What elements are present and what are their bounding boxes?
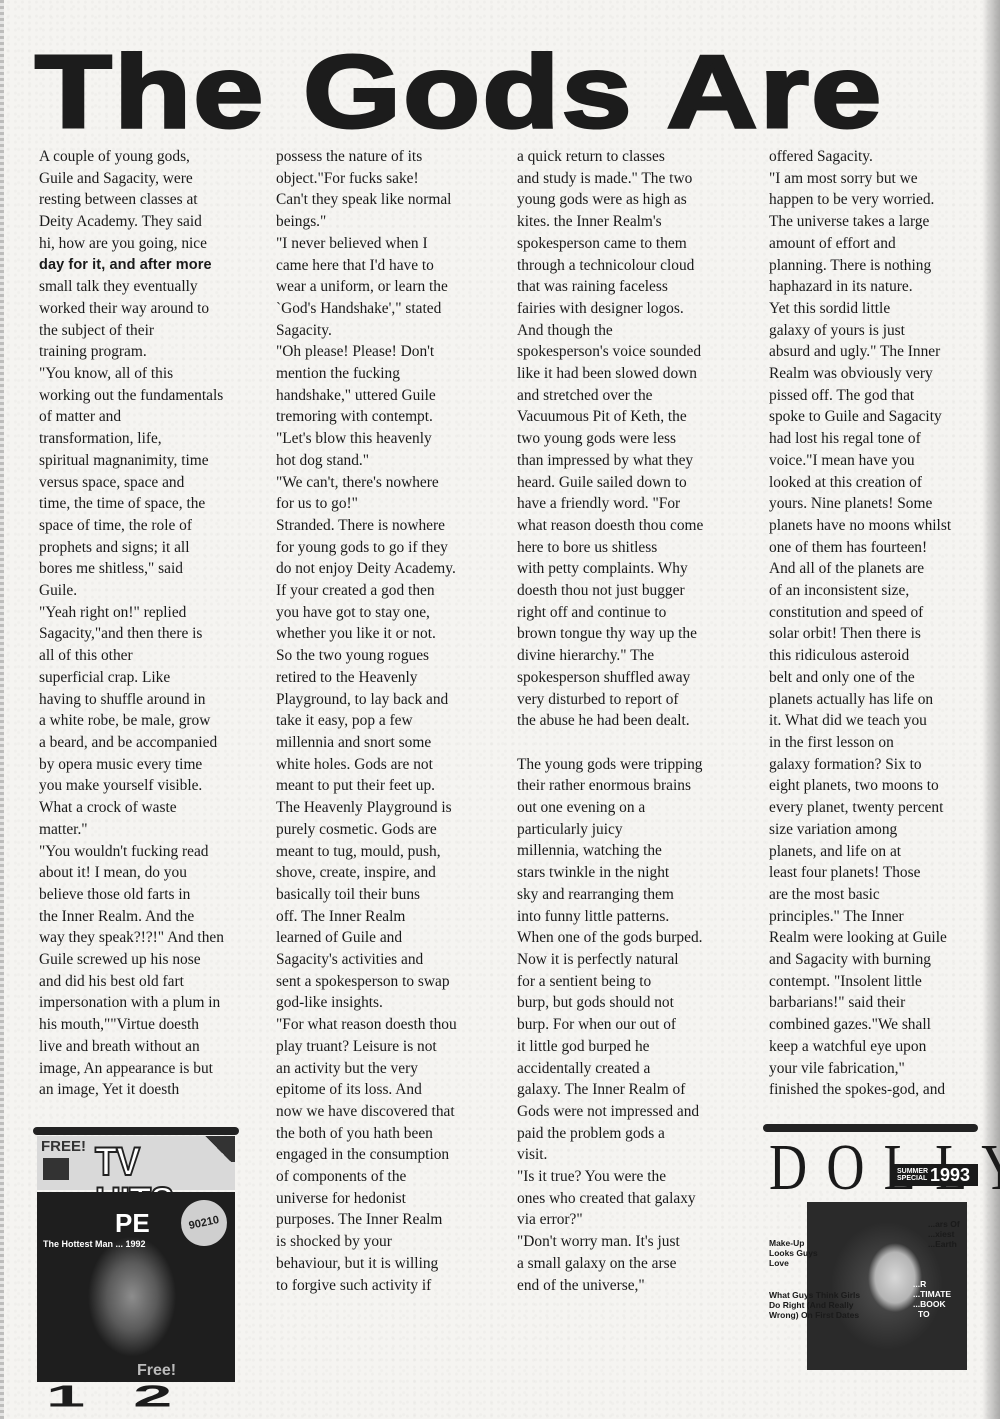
article-text-line: spoke to Guile and Sagacity: [769, 406, 951, 428]
article-text-line: by opera music every time: [39, 754, 224, 776]
article-text-line: principles." The Inner: [769, 906, 951, 928]
article-column-3: a quick return to classesand study is ma…: [517, 146, 703, 1296]
article-column-1: A couple of young gods,Guile and Sagacit…: [39, 146, 224, 1101]
article-text-line: kites. the Inner Realm's: [517, 211, 703, 233]
article-text-line: `God's Handshake'," stated: [276, 298, 457, 320]
article-text-line: "Is it true? You were the: [517, 1166, 703, 1188]
article-text-line: in the first lesson on: [769, 732, 951, 754]
article-text-line: beings.": [276, 211, 457, 233]
article-text-line: finished the spokes-god, and: [769, 1079, 951, 1101]
page-number: 12: [46, 1385, 220, 1409]
article-text-line: for a sentient being to: [517, 971, 703, 993]
article-text-line: planets actually has life on: [769, 689, 951, 711]
article-text-line: do not enjoy Deity Academy.: [276, 558, 457, 580]
article-text-line: god-like insights.: [276, 992, 457, 1014]
cover-top-bar: [33, 1127, 239, 1135]
article-text-line: heard. Guile sailed down to: [517, 472, 703, 494]
article-text-line: object."For fucks sake!: [276, 168, 457, 190]
article-text-line: working out the fundamentals: [39, 385, 224, 407]
corner-banner: [201, 1136, 235, 1162]
article-text-line: hi, how are you going, nice: [39, 233, 224, 255]
article-text-line: his mouth,""Virtue doesth: [39, 1014, 224, 1036]
article-text-line: live and breath without an: [39, 1036, 224, 1058]
article-text-line: voice."I mean have you: [769, 450, 951, 472]
article-text-line: every planet, twenty percent: [769, 797, 951, 819]
article-text-line: And though the: [517, 320, 703, 342]
summer-special-banner: SUMMER SPECIAL 1993: [894, 1164, 978, 1186]
article-text-line: Sagacity,"and then there is: [39, 623, 224, 645]
article-text-line: way they speak?!?!" And then: [39, 927, 224, 949]
article-text-line: The universe takes a large: [769, 211, 951, 233]
article-text-line: tremoring with contempt.: [276, 406, 457, 428]
article-text-line: Now it is perfectly natural: [517, 949, 703, 971]
article-text-line: mention the fucking: [276, 363, 457, 385]
article-text-line: epitome of its loss. And: [276, 1079, 457, 1101]
article-text-line: "We can't, there's nowhere: [276, 472, 457, 494]
article-text-line: keep a watchful eye upon: [769, 1036, 951, 1058]
article-text-line: off. The Inner Realm: [276, 906, 457, 928]
article-text-line: millennia, watching the: [517, 840, 703, 862]
article-text-line: for young gods to go if they: [276, 537, 457, 559]
cover-line-ultimate-2: ...TIMATE: [913, 1289, 951, 1299]
article-text-line: training program.: [39, 341, 224, 363]
article-text-line: eight planets, two moons to: [769, 775, 951, 797]
article-text-line: prophets and signs; it all: [39, 537, 224, 559]
article-text-line: here to bore us shitless: [517, 537, 703, 559]
article-text-line: "Oh please! Please! Don't: [276, 341, 457, 363]
article-text-line: Yet this sordid little: [769, 298, 951, 320]
article-text-line: worked their way around to: [39, 298, 224, 320]
article-text-line: the abuse he had been dealt.: [517, 710, 703, 732]
article-text-line: versus space, space and: [39, 472, 224, 494]
magazine-page: The Gods Are A couple of young gods,Guil…: [0, 0, 1000, 1419]
article-text-line: image, An appearance is but: [39, 1058, 224, 1080]
article-text-line: "I am most sorry but we: [769, 168, 951, 190]
article-text-line: Sagacity.: [276, 320, 457, 342]
article-text-line: retired to the Heavenly: [276, 667, 457, 689]
article-text-line: resting between classes at: [39, 189, 224, 211]
article-text-line: absurd and ugly." The Inner: [769, 341, 951, 363]
article-text-line: a small galaxy on the arse: [517, 1253, 703, 1275]
article-text-line: If your created a god then: [276, 580, 457, 602]
article-text-line: stars twinkle in the night: [517, 862, 703, 884]
article-text-line: of components of the: [276, 1166, 457, 1188]
article-text-line: small talk they eventually: [39, 276, 224, 298]
article-text-line: a white robe, be male, grow: [39, 710, 224, 732]
summer-special-label: SUMMER SPECIAL: [897, 1168, 927, 1182]
article-text-line: meant to tug, mould, push,: [276, 841, 457, 863]
article-text-line: Gods were not impressed and: [517, 1101, 703, 1123]
article-text-line: handshake," uttered Guile: [276, 385, 457, 407]
article-text-line: their rather enormous brains: [517, 775, 703, 797]
article-text-line: believe those old farts in: [39, 884, 224, 906]
article-text-line: came here that I'd have to: [276, 255, 457, 277]
article-text-line: now we have discovered that: [276, 1101, 457, 1123]
article-text-line: spokesperson's voice sounded: [517, 341, 703, 363]
dolly-cover-image: DOLLY SUMMER SPECIAL 1993 Make-Up Looks …: [763, 1124, 978, 1324]
article-text-line: basically toil their buns: [276, 884, 457, 906]
article-text-line: When one of the gods burped.: [517, 927, 703, 949]
free-label: FREE!: [41, 1138, 86, 1155]
article-text-line: planets, and life on at: [769, 841, 951, 863]
article-text-line: superficial crap. Like: [39, 667, 224, 689]
article-text-line: one of them has fourteen!: [769, 537, 951, 559]
article-text-line: amount of effort and: [769, 233, 951, 255]
article-text-line: spokesperson shuffled away: [517, 667, 703, 689]
article-text-line: "Don't worry man. It's just: [517, 1231, 703, 1253]
article-text-line: space of time, the role of: [39, 515, 224, 537]
article-text-line: constitution and speed of: [769, 602, 951, 624]
cover-tagline: The Hottest Man ... 1992: [43, 1239, 146, 1249]
article-text-line: solar orbit! Then there is: [769, 623, 951, 645]
article-text-line: least four planets! Those: [769, 862, 951, 884]
article-text-line: all of this other: [39, 645, 224, 667]
free-bottom-label: Free!: [137, 1362, 176, 1380]
article-text-line: planning. There is nothing: [769, 255, 951, 277]
article-text-line: an image, Yet it doesth: [39, 1079, 224, 1101]
article-text-line: spokesperson came to them: [517, 233, 703, 255]
article-text-line: what reason doesth thou come: [517, 515, 703, 537]
article-column-4: offered Sagacity."I am most sorry but we…: [769, 146, 951, 1101]
article-text-line: purely cosmetic. Gods are: [276, 819, 457, 841]
article-text-line: that was raining faceless: [517, 276, 703, 298]
article-text-line: Guile.: [39, 580, 224, 602]
article-text-line: the Inner Realm. And the: [39, 906, 224, 928]
article-text-line: time, the time of space, the: [39, 493, 224, 515]
article-text-line: galaxy of yours is just: [769, 320, 951, 342]
article-text-line: an activity but the very: [276, 1058, 457, 1080]
cover-line-sexiest: ...ars Of ...xiest ...Earth: [928, 1219, 978, 1249]
article-text-line: is shocked by your: [276, 1231, 457, 1253]
article-text-line: combined gazes."We shall: [769, 1014, 951, 1036]
article-text-line: it little god burped he: [517, 1036, 703, 1058]
article-text-line: Sagacity's activities and: [276, 949, 457, 971]
article-text-line: Playground, to lay back and: [276, 689, 457, 711]
article-text-line: millennia and snort some: [276, 732, 457, 754]
article-text-line: Guile screwed up his nose: [39, 949, 224, 971]
article-text-line: paid the problem gods a: [517, 1123, 703, 1145]
article-text-line: Stranded. There is nowhere: [276, 515, 457, 537]
article-text-line: for us to go!": [276, 493, 457, 515]
article-text-line: divine hierarchy." The: [517, 645, 703, 667]
cover-line-first-dates-1: What Guys Think Girls: [769, 1290, 860, 1300]
article-text-line: and stretched over the: [517, 385, 703, 407]
article-text-line: doesth thou not just bugger: [517, 580, 703, 602]
article-text-line: visit.: [517, 1144, 703, 1166]
article-text-line: "Yeah right on!" replied: [39, 602, 224, 624]
article-text-line: fairies with designer logos.: [517, 298, 703, 320]
article-text-line: transformation, life,: [39, 428, 224, 450]
article-text-line: belt and only one of the: [769, 667, 951, 689]
article-text-line: end of the universe,": [517, 1275, 703, 1297]
cover-line-makeup: Make-Up Looks Guys Love: [769, 1238, 829, 1268]
article-text-line: possess the nature of its: [276, 146, 457, 168]
article-text-line: impersonation with a plum in: [39, 992, 224, 1014]
article-text-line: like it had been slowed down: [517, 363, 703, 385]
article-text-line: spiritual magnanimity, time: [39, 450, 224, 472]
cover-portrait-photo: PE The Hottest Man ... 1992 90210 Free!: [37, 1192, 235, 1382]
article-text-line: Realm was obviously very: [769, 363, 951, 385]
article-text-line: looked at this creation of: [769, 472, 951, 494]
article-text-line: of matter and: [39, 406, 224, 428]
article-text-line: behaviour, but it is willing: [276, 1253, 457, 1275]
article-text-line: accidentally created a: [517, 1058, 703, 1080]
article-text-line: very disturbed to report of: [517, 689, 703, 711]
article-text-line: "You wouldn't fucking read: [39, 841, 224, 863]
article-text-line: a quick return to classes: [517, 146, 703, 168]
article-text-line: you have got to stay one,: [276, 602, 457, 624]
article-text-line: What a crock of waste: [39, 797, 224, 819]
article-text-line: a beard, and be accompanied: [39, 732, 224, 754]
tv-hits-cover-image: FREE! TV HITS PE The Hottest Man ... 199…: [33, 1127, 239, 1417]
article-text-line: with petty complaints. Why: [517, 558, 703, 580]
article-text-line: it. What did we teach you: [769, 710, 951, 732]
article-text-line: and did his best old fart: [39, 971, 224, 993]
issue-year: 1993: [930, 1165, 970, 1186]
article-text-line: take it easy, pop a few: [276, 710, 457, 732]
article-text-line: ones who created that galaxy: [517, 1188, 703, 1210]
article-text-line: The Heavenly Playground is: [276, 797, 457, 819]
article-text-line: matter.": [39, 819, 224, 841]
cover-line-first-dates-2: Do Right (And Really: [769, 1300, 854, 1310]
article-text-line: "You know, all of this: [39, 363, 224, 385]
article-text-line: play truant? Leisure is not: [276, 1036, 457, 1058]
article-text-line: wear a uniform, or learn the: [276, 276, 457, 298]
article-text-line: galaxy. The Inner Realm of: [517, 1079, 703, 1101]
article-text-line: hot dog stand.": [276, 450, 457, 472]
article-text-line: meant to put their feet up.: [276, 775, 457, 797]
article-text-line: through a technicolour cloud: [517, 255, 703, 277]
article-text-line: "Let's blow this heavenly: [276, 428, 457, 450]
article-text-line: to forgive such activity if: [276, 1275, 457, 1297]
tv-hits-masthead: FREE! TV HITS: [37, 1136, 235, 1190]
article-text-line: barbarians!" said their: [769, 992, 951, 1014]
cover-line-ultimate-1: ...R: [913, 1279, 926, 1289]
article-text-line: happen to be very worried.: [769, 189, 951, 211]
cover-name-text: PE: [115, 1208, 150, 1239]
cover-line-ultimate-4: TO: [918, 1309, 930, 1319]
article-text-line: burp. For when our out of: [517, 1014, 703, 1036]
article-text-line: particularly juicy: [517, 819, 703, 841]
article-text-line: right off and continue to: [517, 602, 703, 624]
article-column-2: possess the nature of itsobject."For fuc…: [276, 146, 457, 1296]
article-text-line: about it! I mean, do you: [39, 862, 224, 884]
article-text-line: out one evening on a: [517, 797, 703, 819]
article-text-line: universe for hedonist: [276, 1188, 457, 1210]
article-text-line: have a friendly word. "For: [517, 493, 703, 515]
article-text-line: this ridiculous asteroid: [769, 645, 951, 667]
article-text-line: into funny little patterns.: [517, 906, 703, 928]
scan-right-edge-shadow: [982, 0, 1000, 1419]
article-text-line: Realm were looking at Guile: [769, 927, 951, 949]
article-text-line: size variation among: [769, 819, 951, 841]
article-text-line: white holes. Gods are not: [276, 754, 457, 776]
article-text-line: contempt. "Insolent little: [769, 971, 951, 993]
article-text-line: via error?": [517, 1209, 703, 1231]
article-text-line: the both of you hath been: [276, 1123, 457, 1145]
article-text-line: had lost his regal tone of: [769, 428, 951, 450]
article-text-line: purposes. The Inner Realm: [276, 1209, 457, 1231]
article-text-line: pissed off. The god that: [769, 385, 951, 407]
article-text-line: two young gods were less: [517, 428, 703, 450]
article-text-line: and study is made." The two: [517, 168, 703, 190]
article-text-line: The young gods were tripping: [517, 754, 703, 776]
article-text-line: "For what reason doesth thou: [276, 1014, 457, 1036]
article-text-line: offered Sagacity.: [769, 146, 951, 168]
article-text-line: than impressed by what they: [517, 450, 703, 472]
article-text-line: day for it, and after more: [39, 255, 224, 277]
article-text-line: And all of the planets are: [769, 558, 951, 580]
article-text-line: haphazard in its nature.: [769, 276, 951, 298]
article-text-line: "I never believed when I: [276, 233, 457, 255]
90210-badge: 90210: [177, 1196, 232, 1251]
article-text-line: Guile and Sagacity, were: [39, 168, 224, 190]
article-text-line: Vacuumous Pit of Keth, the: [517, 406, 703, 428]
article-text-line: yours. Nine planets! Some: [769, 493, 951, 515]
article-text-line: your vile fabrication,": [769, 1058, 951, 1080]
article-text-line: A couple of young gods,: [39, 146, 224, 168]
free-gift-thumbnail: [43, 1158, 69, 1180]
cover-line-ultimate-3: ...BOOK: [913, 1299, 946, 1309]
article-text-line: shove, create, inspire, and: [276, 862, 457, 884]
article-text-line: the subject of their: [39, 320, 224, 342]
article-text-line: brown tongue thy way up the: [517, 623, 703, 645]
article-text-line: bores me shitless," said: [39, 558, 224, 580]
article-text-line: of an inconsistent size,: [769, 580, 951, 602]
article-text-line: having to shuffle around in: [39, 689, 224, 711]
article-text-line: sky and rearranging them: [517, 884, 703, 906]
page-headline: The Gods Are: [35, 40, 884, 143]
cover-line-first-dates-3: Wrong) On First Dates: [769, 1310, 859, 1320]
article-text-line: [517, 732, 703, 754]
article-text-line: sent a spokesperson to swap: [276, 971, 457, 993]
article-text-line: and Sagacity with burning: [769, 949, 951, 971]
scan-left-edge: [0, 0, 4, 1419]
article-text-line: you make yourself visible.: [39, 775, 224, 797]
article-text-line: So the two young rogues: [276, 645, 457, 667]
article-text-line: whether you like it or not.: [276, 623, 457, 645]
article-text-line: Can't they speak like normal: [276, 189, 457, 211]
article-text-line: engaged in the consumption: [276, 1144, 457, 1166]
article-text-line: young gods were as high as: [517, 189, 703, 211]
article-text-line: Deity Academy. They said: [39, 211, 224, 233]
article-text-line: burp, but gods should not: [517, 992, 703, 1014]
article-text-line: galaxy formation? Six to: [769, 754, 951, 776]
article-text-line: planets have no moons whilst: [769, 515, 951, 537]
article-text-line: are the most basic: [769, 884, 951, 906]
article-text-line: learned of Guile and: [276, 927, 457, 949]
